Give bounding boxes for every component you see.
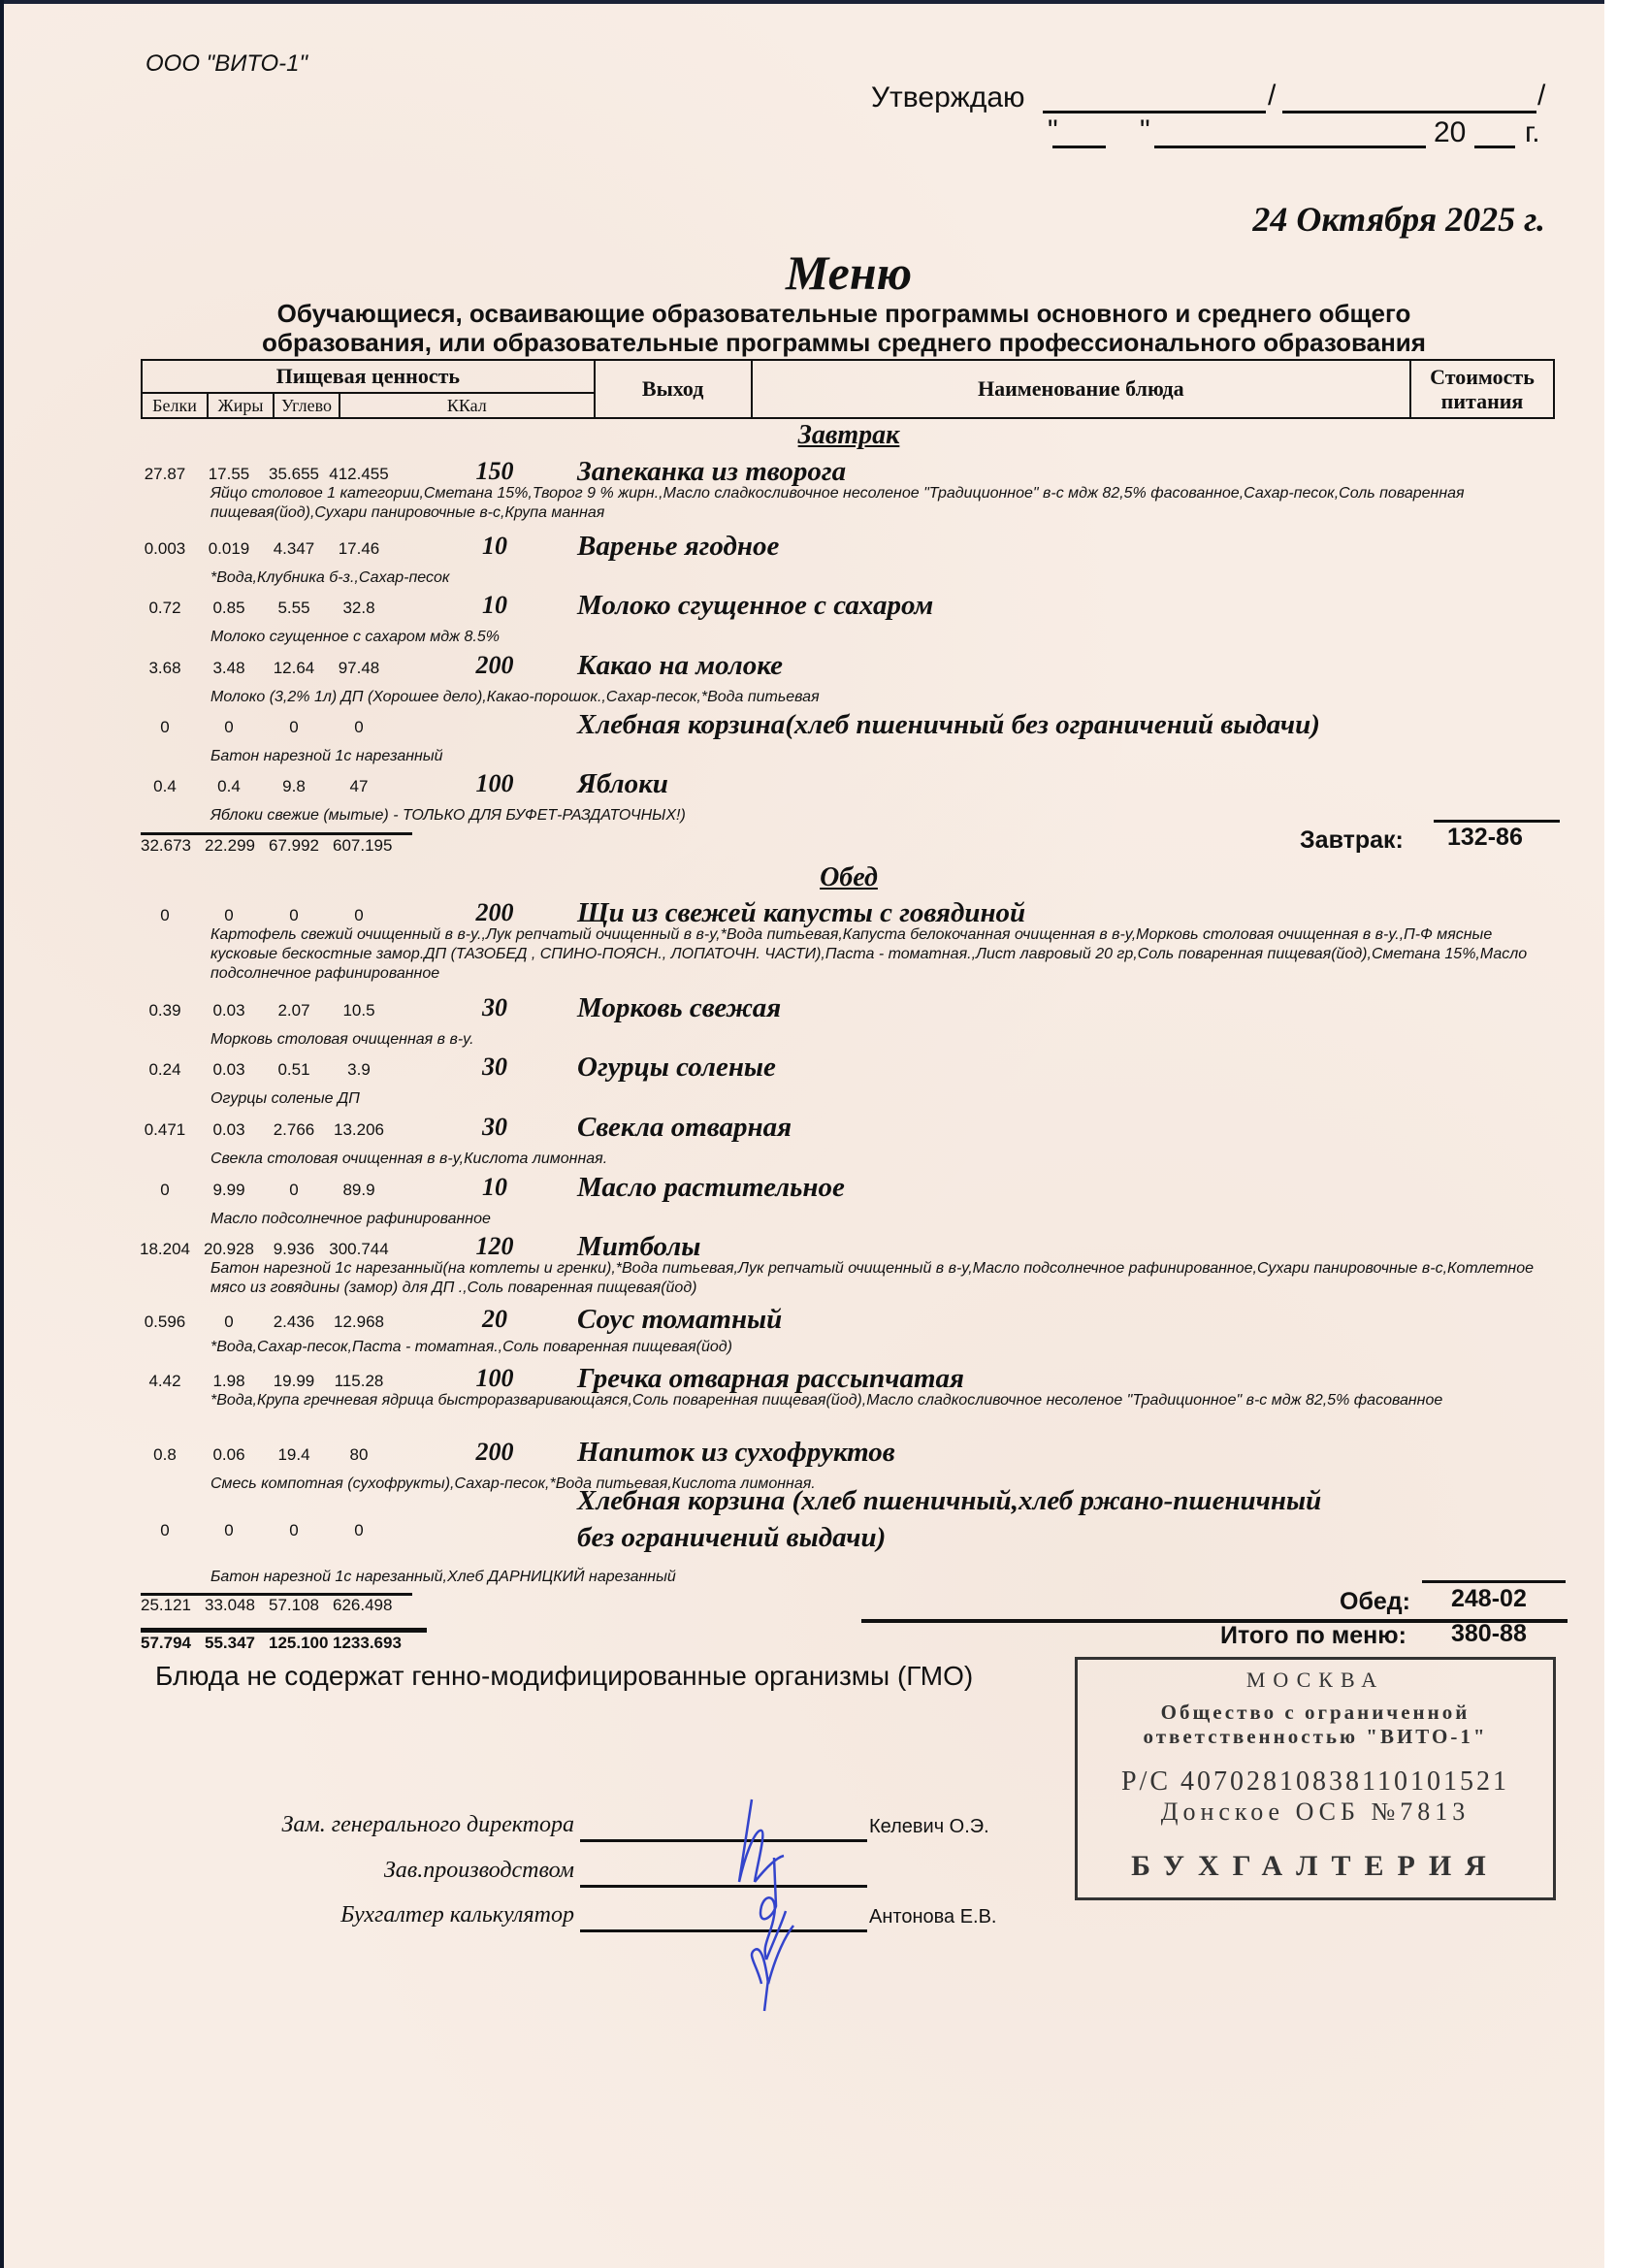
value-carbs: 0 — [260, 1521, 328, 1540]
value-fat: 0.4 — [195, 777, 263, 796]
lunch-cost-rule — [1422, 1580, 1566, 1583]
total-protein: 25.121 — [141, 1596, 205, 1615]
dish-ingredients: Свекла столовая очищенная в в-у,Кислота … — [210, 1150, 1559, 1169]
kcal-header: ККал — [339, 393, 595, 418]
value-kcal: 80 — [325, 1445, 393, 1465]
subtitle-line-1: Обучающиеся, осваивающие образовательные… — [0, 299, 1649, 328]
yield-value: 30 — [461, 993, 529, 1022]
yield-value: 200 — [461, 1438, 529, 1467]
value-protein: 0 — [131, 718, 199, 737]
value-kcal: 0 — [325, 906, 393, 925]
value-kcal: 32.8 — [325, 599, 393, 618]
signature-name-accountant: Антонова Е.В. — [869, 1906, 996, 1928]
value-protein: 0.596 — [131, 1312, 199, 1332]
value-fat: 0 — [195, 1312, 263, 1332]
value-protein: 0 — [131, 906, 199, 925]
dish-name: Хлебная корзина(хлеб пшеничный без огран… — [577, 708, 1320, 741]
value-carbs: 2.766 — [260, 1120, 328, 1140]
yield-value: 20 — [461, 1305, 529, 1334]
dish-ingredients: Морковь столовая очищенная в в-у. — [210, 1030, 1559, 1050]
dish-name: Митболы — [577, 1230, 700, 1263]
section-lunch-heading: Обед — [0, 862, 1649, 893]
yield-value: 120 — [461, 1232, 529, 1261]
dish-ingredients: Огурцы соленые ДП — [210, 1089, 1559, 1109]
dish-name: Хлебная корзина (хлеб пшеничный,хлеб ржа… — [577, 1482, 1321, 1556]
company-stamp: МОСКВА Общество с ограниченной ответстве… — [1075, 1657, 1556, 1900]
approve-label: Утверждаю — [871, 81, 1025, 114]
value-kcal: 115.28 — [325, 1372, 393, 1391]
value-carbs: 0.51 — [260, 1060, 328, 1080]
value-protein: 27.87 — [131, 465, 199, 484]
yield-value: 150 — [461, 457, 529, 486]
approve-quote-open: " — [1048, 114, 1058, 147]
value-fat: 0.019 — [195, 539, 263, 559]
subtitle-line-2: образования, или образовательные програм… — [0, 328, 1649, 357]
value-carbs: 0 — [260, 718, 328, 737]
approve-year-suffix: г. — [1525, 116, 1540, 149]
dish-name: Напиток из сухофруктов — [577, 1436, 895, 1469]
value-kcal: 412.455 — [325, 465, 393, 484]
signature-name-deputy-director: Келевич О.Э. — [869, 1816, 989, 1838]
stamp-line-1: Общество с ограниченной — [1078, 1701, 1553, 1725]
dish-ingredients: *Вода,Крупа гречневая ядрица быстроразва… — [210, 1391, 1559, 1410]
total-fat: 22.299 — [205, 836, 269, 856]
total-carbs: 57.108 — [269, 1596, 333, 1615]
value-kcal: 13.206 — [325, 1120, 393, 1140]
dish-ingredients: Батон нарезной 1с нарезанный — [210, 747, 1559, 766]
gmo-note: Блюда не содержат генно-модифицированные… — [155, 1661, 973, 1692]
value-kcal: 0 — [325, 1521, 393, 1540]
total-carbs: 67.992 — [269, 836, 333, 856]
organization-name: ООО "ВИТО-1" — [145, 50, 307, 78]
value-fat: 20.928 — [195, 1240, 263, 1259]
value-protein: 3.68 — [131, 659, 199, 678]
nutrition-header: Пищевая ценность — [142, 360, 595, 393]
dish-ingredients: *Вода,Клубника б-з.,Сахар-песок — [210, 568, 1559, 588]
value-fat: 0 — [195, 718, 263, 737]
total-kcal: 626.498 — [333, 1596, 397, 1615]
yield-value: 100 — [461, 1364, 529, 1393]
stamp-department: БУХГАЛТЕРИЯ — [1078, 1850, 1553, 1883]
value-carbs: 4.347 — [260, 539, 328, 559]
cost-header-line-2: питания — [1411, 389, 1553, 413]
dish-ingredients: Молоко (3,2% 1л) ДП (Хорошее дело),Какао… — [210, 688, 1559, 707]
value-fat: 0 — [195, 906, 263, 925]
dish-name: Морковь свежая — [577, 991, 781, 1024]
protein-header: Белки — [142, 393, 208, 418]
dish-name-header: Наименование блюда — [752, 360, 1410, 418]
grand-totals-rule — [141, 1628, 427, 1633]
approve-year-prefix: 20 — [1434, 116, 1466, 149]
signature-role-accountant: Бухгалтер калькулятор — [138, 1902, 574, 1928]
value-protein: 0.003 — [131, 539, 199, 559]
dish-name: Яблоки — [577, 767, 668, 800]
dish-name: Масло растительное — [577, 1171, 845, 1204]
grand-total-value: 380-88 — [1451, 1620, 1527, 1648]
value-kcal: 47 — [325, 777, 393, 796]
dish-name-line-2: без ограничений выдачи) — [577, 1519, 1321, 1556]
value-carbs: 9.8 — [260, 777, 328, 796]
value-protein: 0.24 — [131, 1060, 199, 1080]
grand-protein: 57.794 — [141, 1634, 205, 1653]
menu-table-header: Пищевая ценность Выход Наименование блюд… — [141, 359, 1555, 419]
yield-header: Выход — [595, 360, 752, 418]
value-protein: 18.204 — [131, 1240, 199, 1259]
dish-ingredients: Яйцо столовое 1 категории,Сметана 15%,Тв… — [210, 484, 1559, 523]
value-kcal: 89.9 — [325, 1181, 393, 1200]
value-carbs: 0 — [260, 906, 328, 925]
approve-name-line — [1282, 111, 1536, 113]
yield-value: 100 — [461, 769, 529, 798]
value-fat: 3.48 — [195, 659, 263, 678]
value-protein: 0.39 — [131, 1001, 199, 1021]
value-protein: 4.42 — [131, 1372, 199, 1391]
value-carbs: 35.655 — [260, 465, 328, 484]
grand-total-label: Итого по меню: — [1220, 1622, 1406, 1650]
approve-slash: / — [1268, 80, 1276, 113]
approve-year-line — [1474, 146, 1515, 148]
value-kcal: 97.48 — [325, 659, 393, 678]
dish-ingredients: Масло подсолнечное рафинированное — [210, 1210, 1559, 1229]
value-carbs: 2.07 — [260, 1001, 328, 1021]
signature-role-deputy-director: Зам. генерального директора — [138, 1812, 574, 1838]
value-carbs: 2.436 — [260, 1312, 328, 1332]
value-kcal: 10.5 — [325, 1001, 393, 1021]
total-fat: 33.048 — [205, 1596, 269, 1615]
dish-ingredients: Батон нарезной 1с нарезанный,Хлеб ДАРНИЦ… — [210, 1568, 1559, 1587]
value-kcal: 0 — [325, 718, 393, 737]
yield-value: 10 — [461, 1173, 529, 1202]
grand-carbs: 125.100 — [269, 1634, 333, 1653]
value-kcal: 12.968 — [325, 1312, 393, 1332]
breakfast-cost-value: 132-86 — [1447, 824, 1523, 852]
yield-value: 10 — [461, 591, 529, 620]
approve-month-line — [1154, 146, 1426, 148]
dish-name: Щи из свежей капусты с говядиной — [577, 896, 1025, 929]
grand-kcal: 1233.693 — [333, 1634, 397, 1653]
breakfast-nutrition-totals: 32.67322.29967.992607.195 — [141, 836, 397, 856]
dish-name: Огурцы соленые — [577, 1051, 776, 1084]
section-breakfast-heading: Завтрак — [0, 420, 1649, 451]
approve-day-line — [1052, 146, 1106, 148]
value-carbs: 19.99 — [260, 1372, 328, 1391]
value-fat: 0.03 — [195, 1060, 263, 1080]
value-protein: 0.8 — [131, 1445, 199, 1465]
cost-header: Стоимость питания — [1410, 360, 1554, 418]
yield-value: 30 — [461, 1053, 529, 1082]
yield-value: 10 — [461, 532, 529, 561]
dish-name: Гречка отварная рассыпчатая — [577, 1362, 964, 1395]
value-kcal: 3.9 — [325, 1060, 393, 1080]
value-protein: 0.72 — [131, 599, 199, 618]
grand-nutrition-totals: 57.79455.347125.1001233.693 — [141, 1634, 397, 1653]
value-fat: 0.85 — [195, 599, 263, 618]
document-date: 24 Октября 2025 г. — [1252, 199, 1545, 240]
stamp-bank: Донское ОСБ №7813 — [1078, 1798, 1553, 1827]
value-protein: 0 — [131, 1181, 199, 1200]
breakfast-cost-label: Завтрак: — [1300, 826, 1404, 855]
carbs-header: Углево — [274, 393, 339, 418]
value-carbs: 19.4 — [260, 1445, 328, 1465]
dish-name-line-1: Хлебная корзина (хлеб пшеничный,хлеб ржа… — [577, 1482, 1321, 1519]
lunch-cost-value: 248-02 — [1451, 1585, 1527, 1613]
value-carbs: 0 — [260, 1181, 328, 1200]
breakfast-cost-rule — [1434, 820, 1560, 823]
dish-ingredients: Батон нарезной 1с нарезанный(на котлеты … — [210, 1259, 1559, 1298]
dish-name: Свекла отварная — [577, 1111, 792, 1144]
approve-signature-line — [1043, 111, 1266, 113]
value-protein: 0 — [131, 1521, 199, 1540]
stamp-account: Р/С 40702810838110101521 — [1078, 1766, 1553, 1798]
value-carbs: 12.64 — [260, 659, 328, 678]
value-fat: 0.06 — [195, 1445, 263, 1465]
value-fat: 9.99 — [195, 1181, 263, 1200]
cost-header-line-1: Стоимость — [1411, 365, 1553, 389]
stamp-line-2: ответственностью "ВИТО-1" — [1078, 1725, 1553, 1749]
value-kcal: 300.744 — [325, 1240, 393, 1259]
total-protein: 32.673 — [141, 836, 205, 856]
page-title: Меню — [0, 244, 1649, 301]
dish-name: Варенье ягодное — [577, 530, 779, 563]
lunch-nutrition-totals: 25.12133.04857.108626.498 — [141, 1596, 397, 1615]
lunch-cost-label: Обед: — [1340, 1588, 1410, 1616]
value-protein: 0.471 — [131, 1120, 199, 1140]
approve-quote-close: " — [1140, 114, 1150, 147]
signature-role-production-head: Зав.производством — [138, 1858, 574, 1884]
dish-name: Соус томатный — [577, 1303, 782, 1336]
approve-slash-end: / — [1537, 80, 1545, 113]
value-protein: 0.4 — [131, 777, 199, 796]
dish-name: Запеканка из творога — [577, 455, 846, 488]
value-carbs: 5.55 — [260, 599, 328, 618]
dish-ingredients: Молоко сгущенное с сахаром мдж 8.5% — [210, 628, 1559, 647]
handwritten-signature — [718, 1790, 834, 2013]
yield-value: 200 — [461, 898, 529, 927]
value-fat: 17.55 — [195, 465, 263, 484]
stamp-city: МОСКВА — [1078, 1668, 1553, 1693]
yield-value: 200 — [461, 651, 529, 680]
value-carbs: 9.936 — [260, 1240, 328, 1259]
grand-fat: 55.347 — [205, 1634, 269, 1653]
value-fat: 0 — [195, 1521, 263, 1540]
dish-name: Молоко сгущенное с сахаром — [577, 589, 933, 622]
value-fat: 0.03 — [195, 1120, 263, 1140]
value-fat: 1.98 — [195, 1372, 263, 1391]
value-fat: 0.03 — [195, 1001, 263, 1021]
value-kcal: 17.46 — [325, 539, 393, 559]
fat-header: Жиры — [208, 393, 274, 418]
yield-value: 30 — [461, 1113, 529, 1142]
total-kcal: 607.195 — [333, 836, 397, 856]
breakfast-totals-rule — [141, 832, 412, 835]
dish-ingredients: *Вода,Сахар-песок,Паста - томатная.,Соль… — [210, 1338, 1559, 1357]
dish-name: Какао на молоке — [577, 649, 783, 682]
dish-ingredients: Картофель свежий очищенный в в-у.,Лук ре… — [210, 925, 1559, 984]
dish-ingredients: Яблоки свежие (мытые) - ТОЛЬКО ДЛЯ БУФЕТ… — [210, 806, 1559, 826]
